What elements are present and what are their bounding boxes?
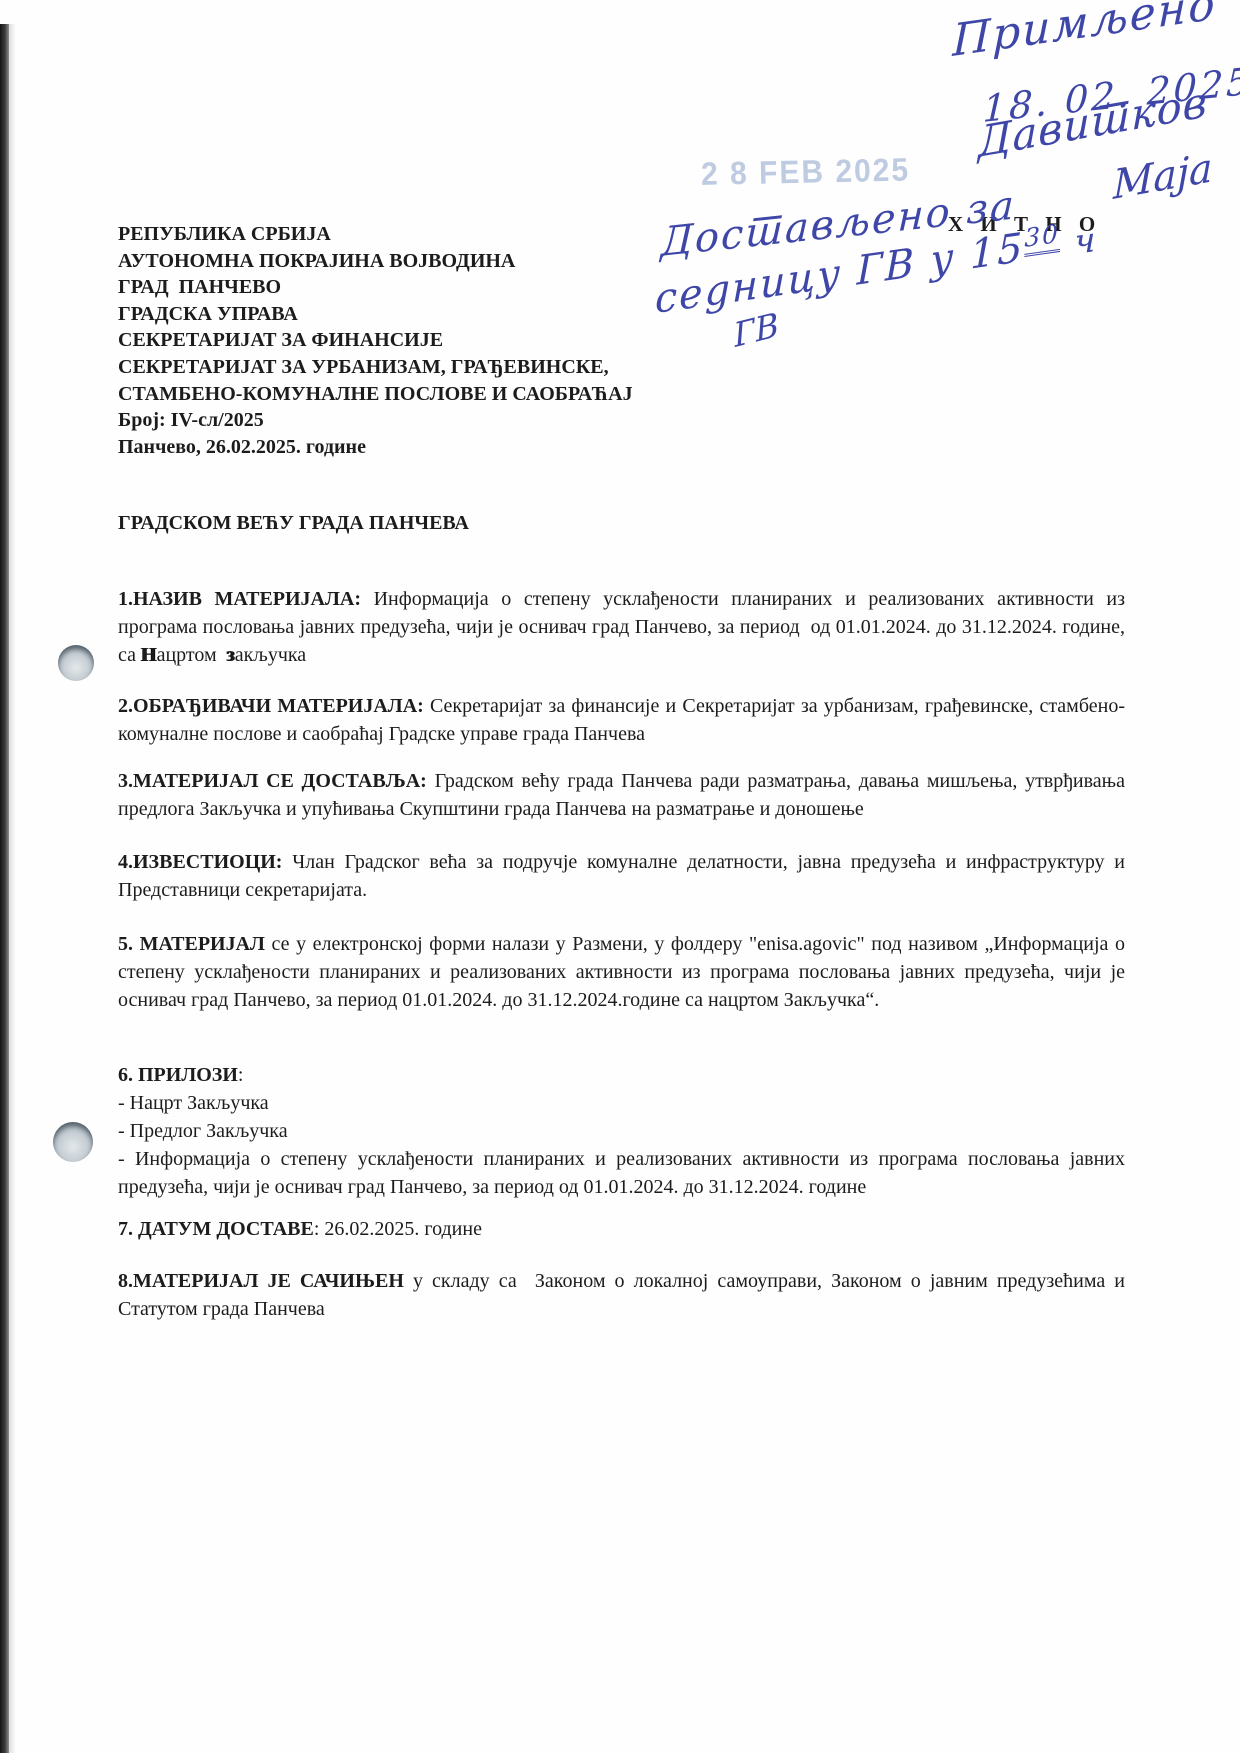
letterhead-line-administration: ГРАДСКА УПРАВА xyxy=(118,301,633,328)
letterhead-line-urbanism-secretariat-2: СТАМБЕНО-КОМУНАЛНЕ ПОСЛОВЕ И САОБРАЋАЈ xyxy=(118,381,633,408)
section-8-legal-basis: 8.МАТЕРИЈАЛ ЈЕ САЧИЊЕН у складу са Закон… xyxy=(118,1267,1125,1323)
handwritten-signature-name: Маја xyxy=(1113,145,1213,209)
letterhead-line-place-date: Панчево, 26.02.2025. године xyxy=(118,434,633,461)
section-3-material-delivered-to: 3.МАТЕРИЈАЛ СЕ ДОСТАВЉА: Градском већу г… xyxy=(118,767,1125,823)
letterhead: РЕПУБЛИКА СРБИЈА АУТОНОМНА ПОКРАЈИНА ВОЈ… xyxy=(118,221,633,460)
attachment-item-proposed-conclusion: - Предлог Закључка xyxy=(118,1117,288,1145)
pen-correction-letter-n: Н xyxy=(141,644,157,666)
attachment-item-draft-conclusion: - Нацрт Закључка xyxy=(118,1089,269,1117)
handwritten-check-mark: ч xyxy=(1074,219,1097,263)
section-7-text: : 26.02.2025. године xyxy=(314,1218,482,1240)
addressee-title: ГРАДСКОМ ВЕЋУ ГРАДА ПАНЧЕВА xyxy=(118,512,469,535)
section-1-label: 1.НАЗИВ МАТЕРИЈАЛА: xyxy=(118,588,361,610)
letterhead-line-city: ГРАД ПАНЧЕВО xyxy=(118,274,633,301)
letterhead-line-urbanism-secretariat-1: СЕКРЕТАРИЈАТ ЗА УРБАНИЗАМ, ГРАЂЕВИНСКЕ, xyxy=(118,354,633,381)
section-1-text-end: акључка xyxy=(235,644,306,666)
scan-edge-shadow xyxy=(0,24,9,1753)
section-4-label: 4.ИЗВЕСТИОЦИ: xyxy=(118,851,282,873)
letterhead-line-republic: РЕПУБЛИКА СРБИЈА xyxy=(118,221,633,248)
date-received-stamp: 2 8 FEB 2025 xyxy=(701,152,911,193)
section-8-label: 8.МАТЕРИЈАЛ ЈЕ САЧИЊЕН xyxy=(118,1270,404,1292)
section-7-label: 7. ДАТУМ ДОСТАВЕ xyxy=(118,1218,314,1240)
letterhead-line-finance-secretariat: СЕКРЕТАРИЈАТ ЗА ФИНАНСИЈЕ xyxy=(118,327,633,354)
section-1-text-cont: ацртом xyxy=(157,644,227,666)
section-7-delivery-date: 7. ДАТУМ ДОСТАВЕ: 26.02.2025. године xyxy=(118,1215,482,1243)
section-1-material-name: 1.НАЗИВ МАТЕРИЈАЛА: Информација о степен… xyxy=(118,585,1125,669)
section-6-colon: : xyxy=(238,1064,244,1086)
section-5-electronic-location: 5. МАТЕРИЈАЛ се у електронској форми нал… xyxy=(118,930,1125,1014)
section-6-label: 6. ПРИЛОЗИ xyxy=(118,1064,238,1086)
section-3-label: 3.МАТЕРИЈАЛ СЕ ДОСТАВЉА: xyxy=(118,770,427,792)
letterhead-line-province: АУТОНОМНА ПОКРАЈИНА ВОЈВОДИНА xyxy=(118,248,633,275)
section-2-label: 2.ОБРАЂИВАЧИ МАТЕРИЈАЛА: xyxy=(118,695,424,717)
punch-hole-bottom xyxy=(53,1122,93,1162)
scan-edge-soft-shadow xyxy=(9,24,16,1753)
section-5-label: 5. МАТЕРИЈАЛ xyxy=(118,933,265,955)
pen-correction-letter-z: з xyxy=(227,644,235,666)
handwritten-paraph-initials: ГВ xyxy=(732,305,781,355)
handwritten-time-superscript: 30 xyxy=(1024,219,1059,257)
attachment-item-information: - Информација о степену усклађености пла… xyxy=(118,1145,1125,1201)
section-6-attachments-heading: 6. ПРИЛОЗИ: xyxy=(118,1061,243,1089)
punch-hole-top xyxy=(58,645,94,681)
section-5-text: се у електронској форми налази у Размени… xyxy=(118,933,1125,1011)
section-2-material-authors: 2.ОБРАЂИВАЧИ МАТЕРИЈАЛА: Секретаријат за… xyxy=(118,692,1125,748)
letterhead-line-number: Број: IV-сл/2025 xyxy=(118,407,633,434)
handwritten-received-label: Примљено xyxy=(952,0,1217,67)
section-4-rapporteurs: 4.ИЗВЕСТИОЦИ: Члан Градског већа за подр… xyxy=(118,848,1125,904)
scanned-document-page: 2 8 FEB 2025 Х И Т Н О Примљено 18. 02. … xyxy=(0,0,1240,1753)
